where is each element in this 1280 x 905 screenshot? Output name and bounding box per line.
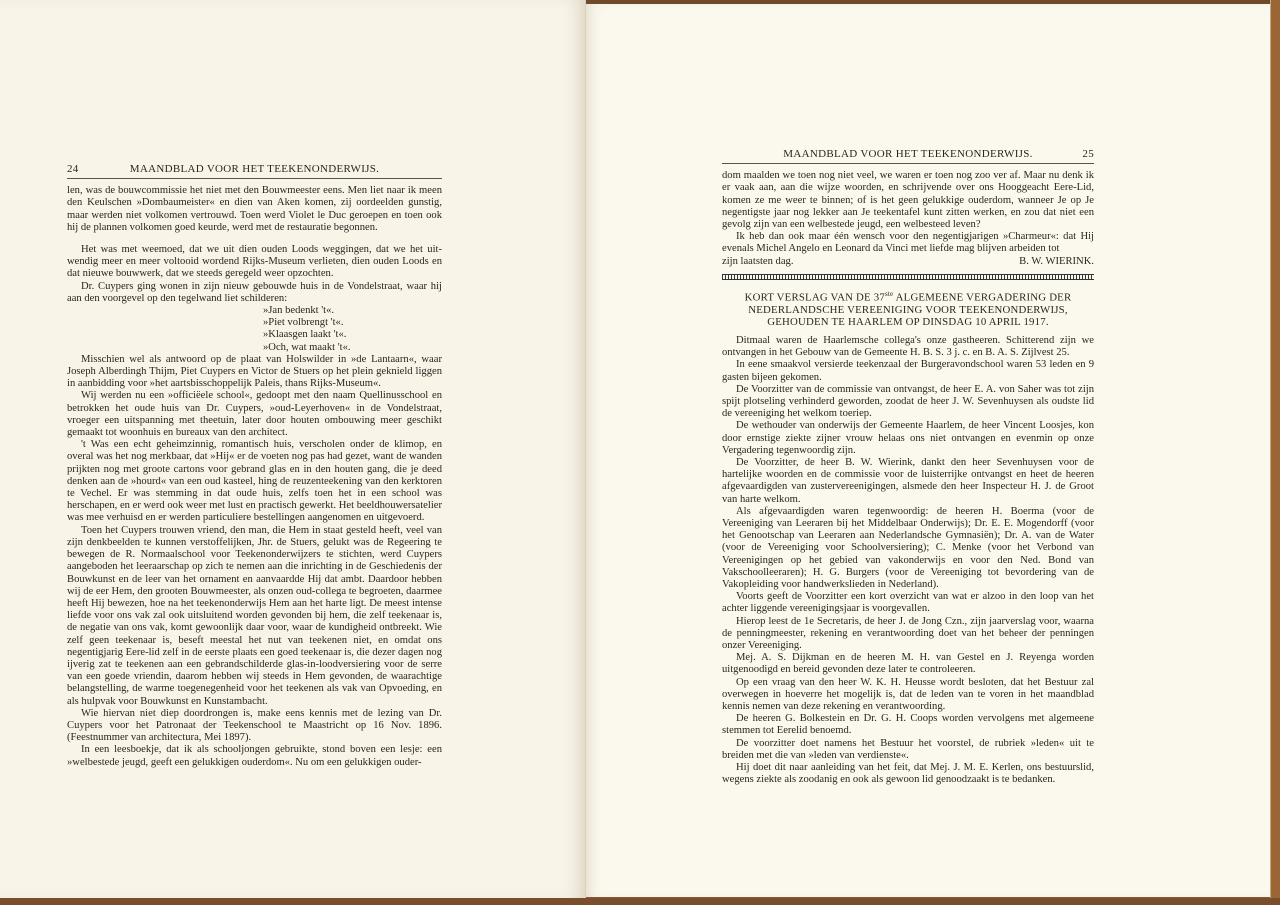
paragraph: Dr. Cuypers ging wonen in zijn nieuw geb… <box>67 281 442 305</box>
paragraph: De Voorzitter van de commissie van ontva… <box>722 384 1094 421</box>
paragraph: De Voorzitter, de heer B. W. Wierink, da… <box>722 457 1094 506</box>
section-divider <box>722 274 1094 280</box>
closing-line: zijn laatsten dag. B. W. WIERINK. <box>722 256 1094 268</box>
paragraph: De wethouder van onderwijs der Gemeente … <box>722 420 1094 457</box>
journal-title: MAANDBLAD VOOR HET TEEKENONDERWIJS. <box>752 148 1064 160</box>
paragraph: Mej. A. S. Dijkman en de heeren M. H. va… <box>722 652 1094 676</box>
book-cover-bottom-edge <box>0 898 1280 905</box>
paragraph: Misschien wel als antwoord op de plaat v… <box>67 354 442 391</box>
verse-line: »Klaasgen laakt 't«. <box>67 329 442 341</box>
paragraph: Voorts geeft de Voorzitter een kort over… <box>722 591 1094 615</box>
left-page-text-column: 24 MAANDBLAD VOOR HET TEEKENONDERWIJS. l… <box>67 163 442 769</box>
verse-line: »Piet volbrengt 't«. <box>67 317 442 329</box>
paragraph: dom maalden we toen nog niet veel, we wa… <box>722 170 1094 231</box>
left-page: 24 MAANDBLAD VOOR HET TEEKENONDERWIJS. l… <box>0 0 586 898</box>
paragraph: De voorzitter doet namens het Bestuur he… <box>722 738 1094 762</box>
paragraph: Als afgevaardigden waren tegenwoordig: d… <box>722 506 1094 591</box>
paragraph: De heeren G. Bolkestein en Dr. G. H. Coo… <box>722 713 1094 737</box>
paragraph: Ditmaal waren de Haarlemsche collega's o… <box>722 335 1094 359</box>
paragraph: Het was met weemoed, dat we uit dien oud… <box>67 244 442 281</box>
paragraph: Wij werden nu een »officiëele school«, g… <box>67 390 442 439</box>
paragraph: Toen het Cuypers trouwen vriend, den man… <box>67 525 442 708</box>
page-number: 24 <box>67 163 97 175</box>
book-spread: 24 MAANDBLAD VOOR HET TEEKENONDERWIJS. l… <box>0 0 1280 905</box>
book-cover-right-edge <box>1270 0 1280 905</box>
paragraph: Op een vraag van den heer W. K. H. Heuss… <box>722 677 1094 714</box>
paragraph: len, was de bouwcommissie het niet met d… <box>67 185 442 234</box>
paragraph: Wie hiervan niet diep doordrongen is, ma… <box>67 708 442 745</box>
article-title: KORT VERSLAG VAN DE 37ste ALGEMEENE VERG… <box>722 288 1094 329</box>
right-page-text-column: MAANDBLAD VOOR HET TEEKENONDERWIJS. 25 d… <box>722 148 1094 786</box>
paragraph: Ik heb dan ook maar één wensch voor den … <box>722 231 1094 255</box>
page-number: 25 <box>1064 148 1094 160</box>
closing-text: zijn laatsten dag. <box>722 256 793 268</box>
paragraph: 't Was een echt geheimzinnig, romantisch… <box>67 439 442 524</box>
paragraph: Hierop leest de 1e Secretaris, de heer J… <box>722 616 1094 653</box>
paragraph: In eene smaakvol versierde teekenzaal de… <box>722 359 1094 383</box>
paragraph: Hij doet dit naar aanleiding van het fei… <box>722 762 1094 786</box>
paragraph: In een leesboekje, dat ik als schooljong… <box>67 744 442 768</box>
left-running-head: 24 MAANDBLAD VOOR HET TEEKENONDERWIJS. <box>67 163 442 179</box>
right-running-head: MAANDBLAD VOOR HET TEEKENONDERWIJS. 25 <box>722 148 1094 164</box>
journal-title: MAANDBLAD VOOR HET TEEKENONDERWIJS. <box>97 163 412 175</box>
author-signature: B. W. WIERINK. <box>1019 256 1094 268</box>
verse-line: »Jan bedenkt 't«. <box>67 305 442 317</box>
verse-line: »Och, wat maakt 't«. <box>67 342 442 354</box>
